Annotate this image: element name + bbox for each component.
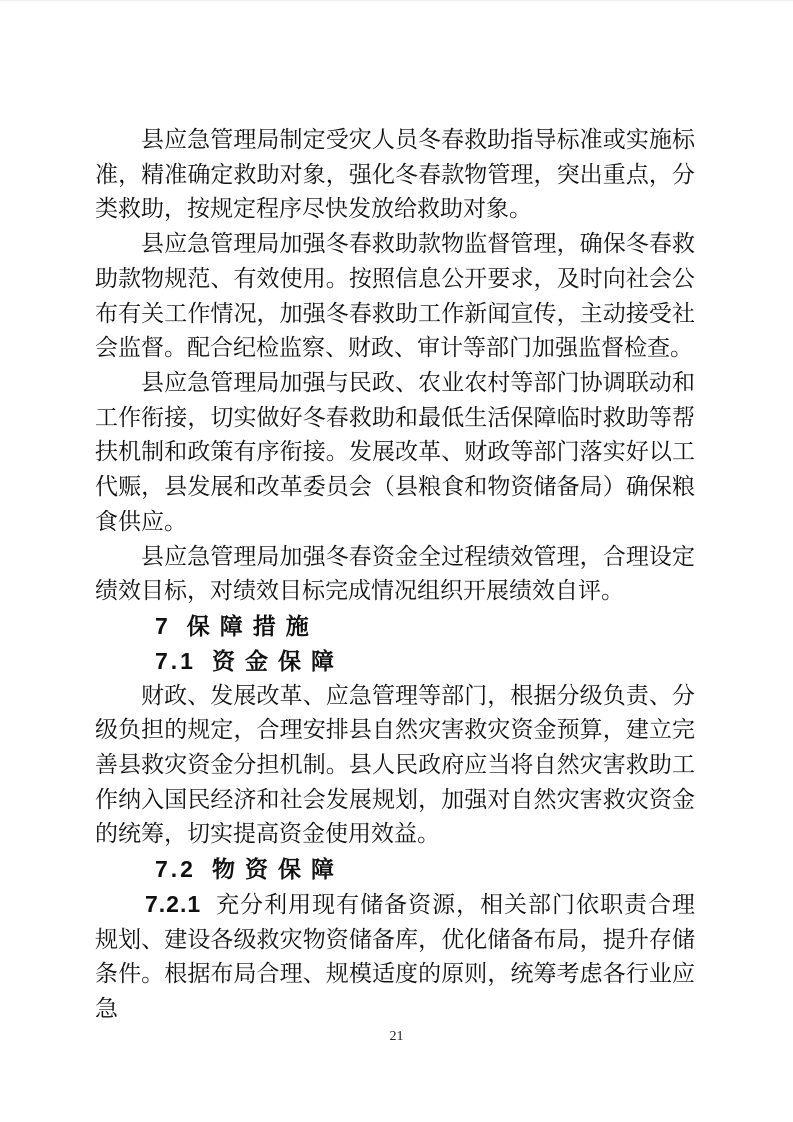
paragraph-7-2-1-number: 7.2.1 [145, 891, 201, 917]
heading-7-number: 7 [155, 613, 171, 639]
heading-7-support-measures: 7保障措施 [95, 609, 695, 644]
heading-7-1-funding-support: 7.1资金保障 [95, 644, 695, 679]
document-page: 县应急管理局制定受灾人员冬春救助指导标准或实施标准，精准确定救助对象，强化冬春款… [0, 0, 793, 1122]
heading-7-2-number: 7.2 [155, 856, 196, 882]
page-footer: 21 [0, 1027, 793, 1045]
paragraph-department-coordination: 县应急管理局加强与民政、农业农村等部门协调联动和工作衔接，切实做好冬春救助和最低… [95, 366, 695, 540]
document-body: 县应急管理局制定受灾人员冬春救助指导标准或实施标准，精准确定救助对象，强化冬春款… [95, 123, 695, 1027]
paragraph-disaster-relief-budget: 财政、发展改革、应急管理等部门，根据分级负责、分级负担的规定，合理安排县自然灾害… [95, 679, 695, 853]
paragraph-aid-funds-supervision: 县应急管理局加强冬春救助款物监督管理，确保冬春救助款物规范、有效使用。按照信息公… [95, 227, 695, 366]
paragraph-winter-spring-aid-standards: 县应急管理局制定受灾人员冬春救助指导标准或实施标准，精准确定救助对象，强化冬春款… [95, 123, 695, 227]
heading-7-2-material-support: 7.2物资保障 [95, 852, 695, 887]
heading-7-title: 保障措施 [187, 613, 319, 639]
paragraph-7-2-1-reserve-resources: 7.2.1充分利用现有储备资源，相关部门依职责合理规划、建设各级救灾物资储备库，… [95, 887, 695, 1027]
page-number: 21 [390, 1029, 404, 1044]
heading-7-1-title: 资金保障 [212, 648, 344, 674]
heading-7-1-number: 7.1 [155, 648, 196, 674]
heading-7-2-title: 物资保障 [212, 856, 344, 882]
paragraph-performance-management: 县应急管理局加强冬春资金全过程绩效管理，合理设定绩效目标，对绩效目标完成情况组织… [95, 540, 695, 609]
